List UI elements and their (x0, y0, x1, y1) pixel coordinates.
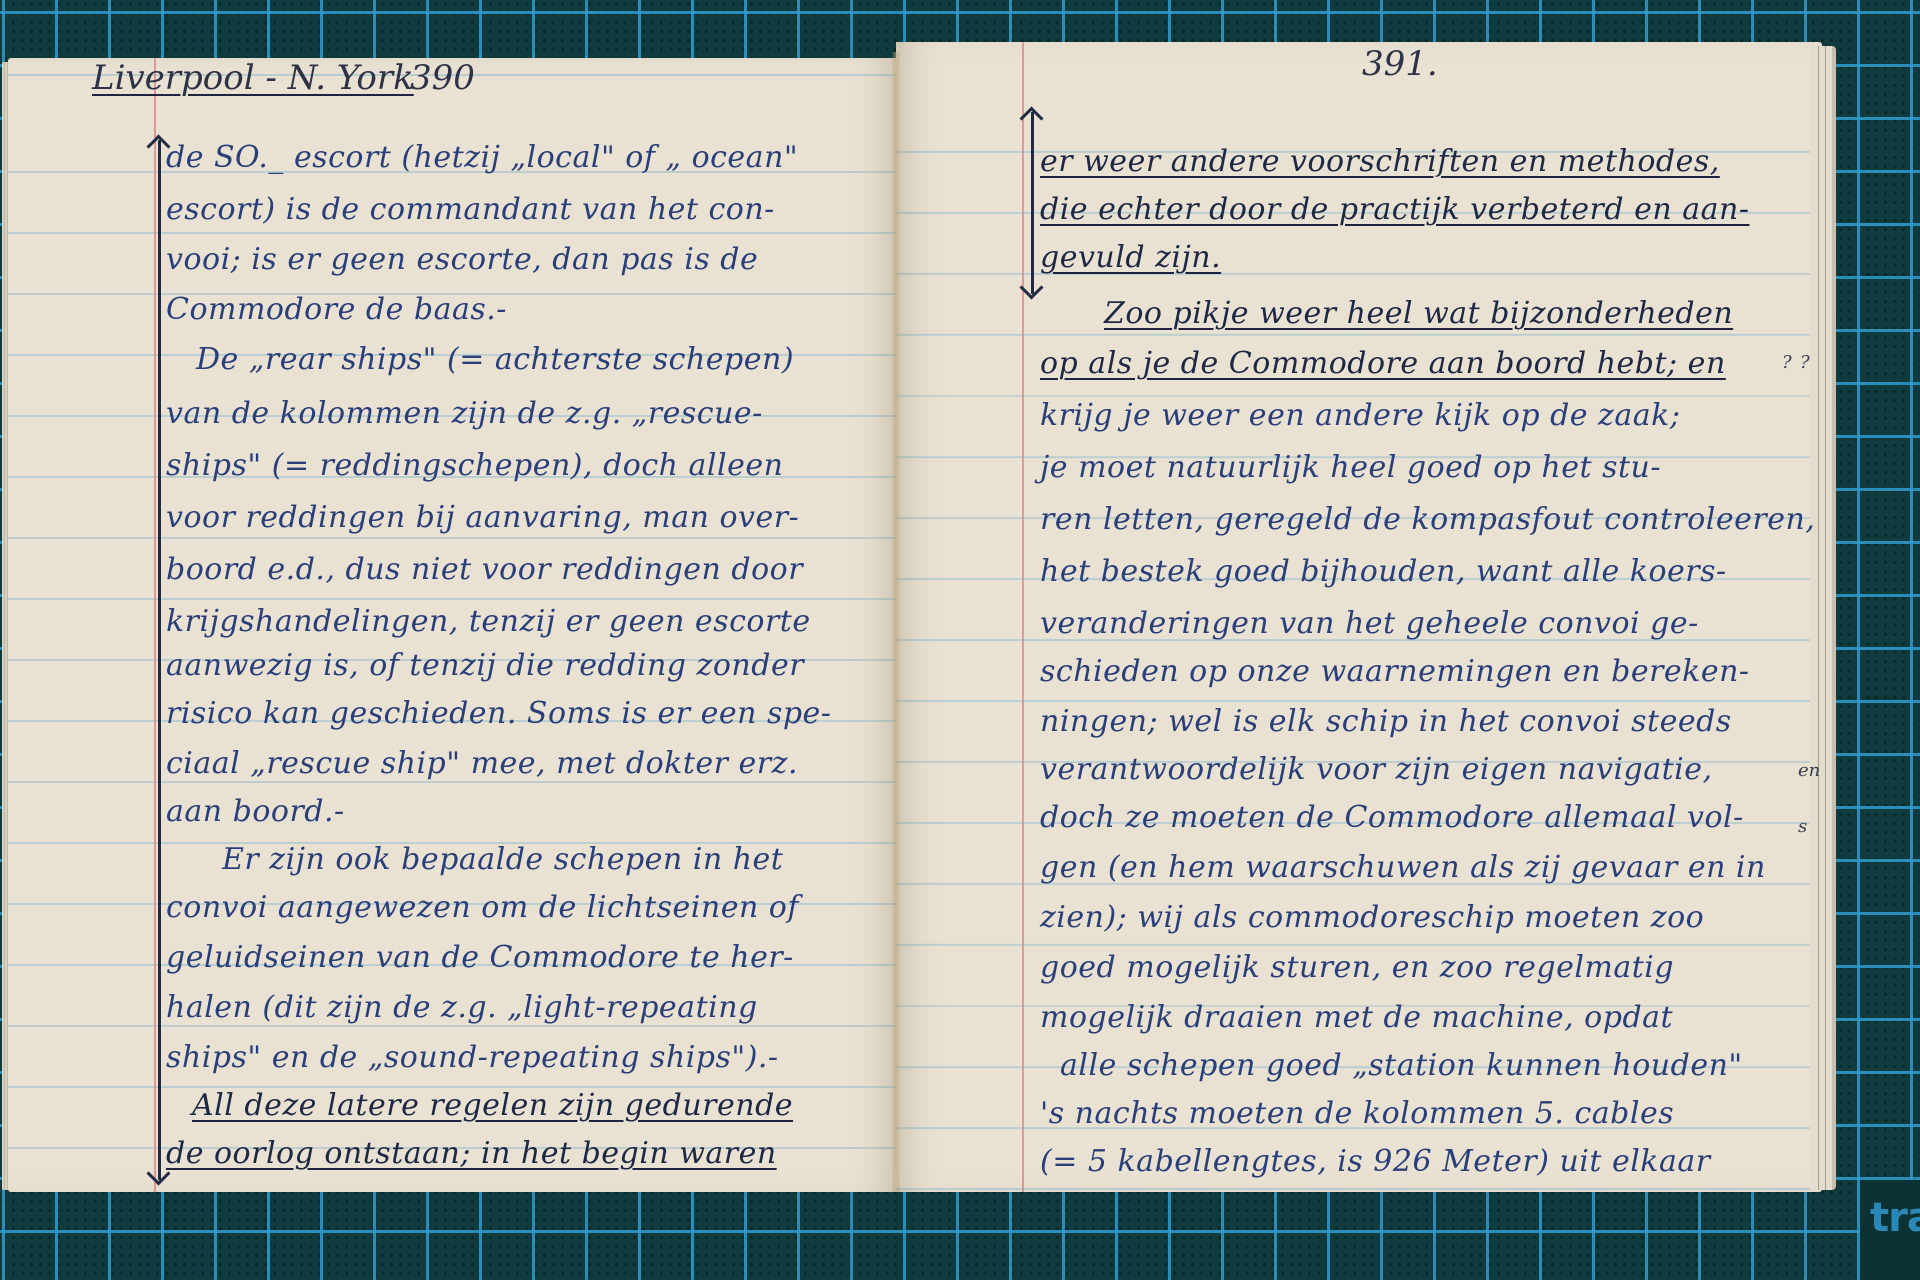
right-margin-line (1022, 42, 1024, 1192)
text-line-underlined: gevuld zijn. (1040, 240, 1221, 275)
text-line: geluidseinen van de Commodore te her- (166, 940, 794, 975)
page-number-left: 390 (410, 58, 475, 98)
text-line: (= 5 kabellengtes, is 926 Meter) uit elk… (1040, 1144, 1711, 1179)
text-line: convoi aangewezen om de lichtseinen of (166, 890, 799, 925)
text-line: ciaal „rescue ship" mee, met dokter erz. (166, 746, 798, 781)
text-line: je moet natuurlijk heel goed op het stu- (1040, 450, 1661, 485)
text-line: krijgshandelingen, tenzij er geen escort… (166, 604, 811, 639)
right-bracket-arrow-icon (1031, 112, 1034, 294)
text-line: het bestek goed bijhouden, want alle koe… (1040, 554, 1727, 589)
edge-mark: ? (1782, 352, 1792, 373)
page-number-right: 391. (1362, 44, 1438, 84)
text-line: doch ze moeten de Commodore allemaal vol… (1040, 800, 1744, 835)
text-line-underlined: Zoo pikje weer heel wat bijzonderheden (1104, 296, 1733, 331)
text-line: aanwezig is, of tenzij die redding zonde… (166, 648, 804, 683)
text-line: aan boord.- (166, 794, 345, 829)
text-line: mogelijk draaien met de machine, opdat (1040, 1000, 1673, 1035)
left-bracket-arrow-icon (158, 140, 161, 1180)
text-line: de SO._ escort (hetzij „local" of „ ocea… (166, 140, 798, 175)
text-line: alle schepen goed „station kunnen houden… (1060, 1048, 1743, 1083)
text-line-underlined: die echter door de practijk verbeterd en… (1040, 192, 1749, 227)
text-line-underlined: All deze latere regelen zijn gedurende (192, 1088, 793, 1123)
text-line: ren letten, geregeld de kompasfout contr… (1040, 502, 1815, 537)
text-line: ships" (= reddingschepen), doch alleen (166, 448, 783, 483)
text-line: Er zijn ook bepaalde schepen in het (222, 842, 783, 877)
text-line: ships" en de „sound-repeating ships").- (166, 1040, 779, 1075)
text-line: zien); wij als commodoreschip moeten zoo (1040, 900, 1704, 935)
text-line: escort) is de commandant van het con- (166, 192, 775, 227)
text-line: voor reddingen bij aanvaring, man over- (166, 500, 799, 535)
page-header-route: Liverpool - N. York (92, 58, 414, 98)
text-line: De „rear ships" (= achterste schepen) (196, 342, 794, 377)
text-line: gen (en hem waarschuwen als zij gevaar e… (1040, 850, 1766, 885)
text-line-underlined: er weer andere voorschriften en methodes… (1040, 144, 1720, 179)
text-line: ningen; wel is elk schip in het convoi s… (1040, 704, 1732, 739)
text-line: 's nachts moeten de kolommen 5. cables (1040, 1096, 1674, 1131)
right-page-stack-edge (1810, 46, 1836, 1190)
left-margin-line (154, 58, 156, 1192)
text-line-underlined: de oorlog ontstaan; in het begin waren (166, 1136, 777, 1171)
edge-mark: ? (1800, 352, 1810, 373)
edge-mark: s (1798, 816, 1807, 837)
text-line: Commodore de baas.- (166, 292, 507, 327)
text-line: veranderingen van het geheele convoi ge- (1040, 606, 1699, 641)
text-line: krijg je weer een andere kijk op de zaak… (1040, 398, 1680, 433)
text-line: vooi; is er geen escorte, dan pas is de (166, 242, 758, 277)
text-line: verantwoordelijk voor zijn eigen navigat… (1040, 752, 1713, 787)
notebook-spine (892, 52, 900, 1192)
text-line: schieden op onze waarnemingen en bereken… (1040, 654, 1750, 689)
text-line-underlined: op als je de Commodore aan boord hebt; e… (1040, 346, 1726, 381)
text-line: risico kan geschieden. Soms is er een sp… (166, 696, 831, 731)
text-line: van de kolommen zijn de z.g. „rescue- (166, 396, 763, 431)
mat-logo-fragment: tra (1870, 1195, 1920, 1241)
text-line: halen (dit zijn de z.g. „light-repeating (166, 990, 758, 1025)
edge-mark: en (1798, 760, 1820, 781)
text-line: boord e.d., dus niet voor reddingen door (166, 552, 803, 587)
text-line: goed mogelijk sturen, en zoo regelmatig (1040, 950, 1674, 985)
